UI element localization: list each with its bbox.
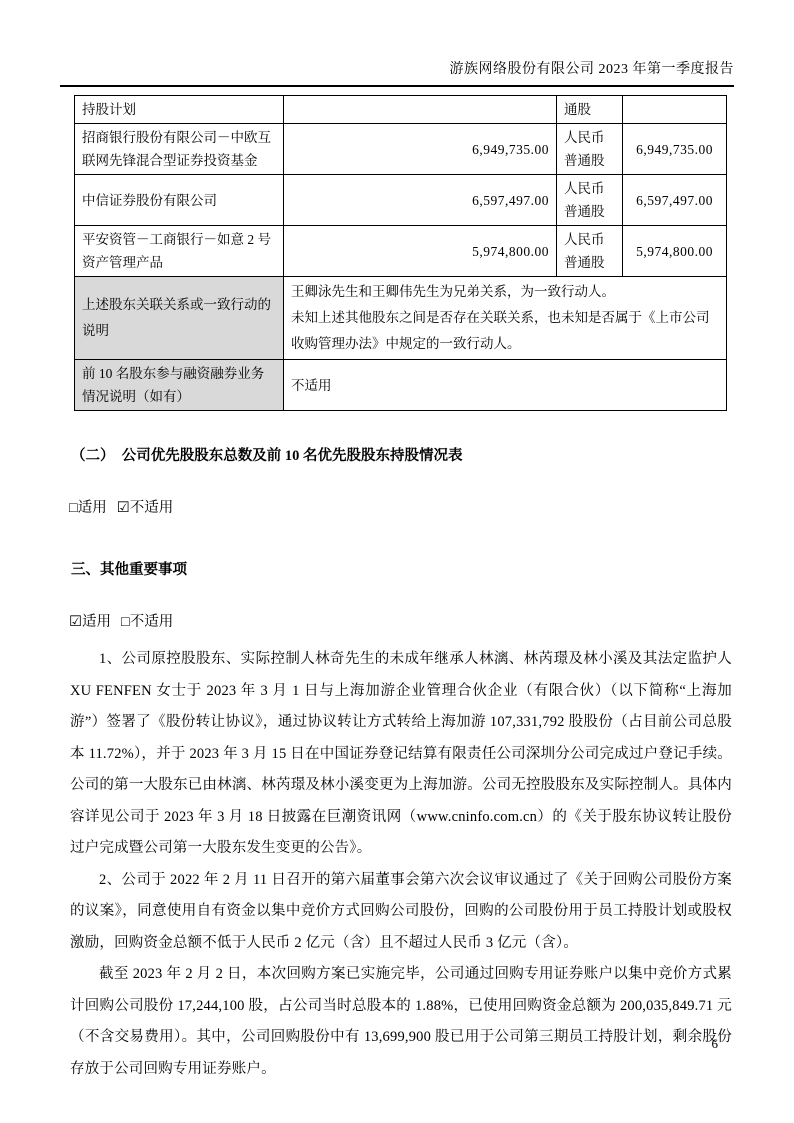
checkbox-not-applicable: ☑不适用 [117,500,174,516]
paragraph-share-transfer: 1、公司原控股股东、实际控制人林奇先生的未成年继承人林漓、林芮璟及林小溪及其法定… [70,644,732,865]
relation-note-label: 上述股东关联关系或一致行动的说明 [75,277,284,360]
amount-cell: 6,949,735.00 [623,124,727,175]
report-page: 游族网络股份有限公司 2023 年第一季度报告 持股计划 通股 招商银行股份有限… [0,0,794,1123]
table-row: 招商银行股份有限公司－中欧互联网先锋混合型证券投资基金 6,949,735.00… [75,124,727,175]
shareholder-name-cell: 平安资管－工商银行－如意 2 号资产管理产品 [75,226,284,277]
shares-cell [284,96,557,124]
shareholder-name-cell: 持股计划 [75,96,284,124]
paragraph-buyback-result: 截至 2023 年 2 月 2 日，本次回购方案已实施完毕，公司通过回购专用证券… [70,959,732,1085]
checkbox-applicable: □适用 [69,500,107,516]
preferred-shareholders-heading: （二） 公司优先股股东总数及前 10 名优先股股东持股情况表 [71,444,734,465]
shareholder-name-cell: 中信证券股份有限公司 [75,175,284,226]
table-row: 持股计划 通股 [75,96,727,124]
table-row: 中信证券股份有限公司 6,597,497.00 人民币普通股 6,597,497… [75,175,727,226]
share-type-cell: 人民币普通股 [557,226,623,277]
shares-cell: 6,597,497.00 [284,175,557,226]
share-type-cell: 通股 [557,96,623,124]
table-row-margin-trading: 前 10 名股东参与融资融券业务情况说明（如有） 不适用 [75,360,727,411]
page-number: 6 [712,1036,719,1052]
relation-note-line2: 未知上述其他股东之间是否存在关联关系，也未知是否属于《上市公司收购管理办法》中规… [291,305,719,357]
top-shareholders-table: 持股计划 通股 招商银行股份有限公司－中欧互联网先锋混合型证券投资基金 6,94… [74,95,727,411]
checkbox-not-applicable: □不适用 [121,614,173,630]
shareholder-name-cell: 招商银行股份有限公司－中欧互联网先锋混合型证券投资基金 [75,124,284,175]
table-row: 平安资管－工商银行－如意 2 号资产管理产品 5,974,800.00 人民币普… [75,226,727,277]
amount-cell [623,96,727,124]
amount-cell: 6,597,497.00 [623,175,727,226]
margin-trading-value: 不适用 [284,360,727,411]
other-matters-body: 1、公司原控股股东、实际控制人林奇先生的未成年继承人林漓、林芮璟及林小溪及其法定… [70,644,732,1085]
preferred-applicability-line: □适用☑不适用 [69,496,734,517]
shares-cell: 5,974,800.00 [284,226,557,277]
other-important-matters-heading: 三、其他重要事项 [71,558,734,579]
paragraph-buyback-plan: 2、公司于 2022 年 2 月 11 日召开的第六届董事会第六次会议审议通过了… [70,865,732,960]
relation-note-line1: 王卿泳先生和王卿伟先生为兄弟关系，为一致行动人。 [291,279,719,305]
checkbox-applicable: ☑适用 [69,614,111,630]
relation-note-content: 王卿泳先生和王卿伟先生为兄弟关系，为一致行动人。 未知上述其他股东之间是否存在关… [284,277,727,360]
report-header-title: 游族网络股份有限公司 2023 年第一季度报告 [60,58,734,87]
table-row-relation-note: 上述股东关联关系或一致行动的说明 王卿泳先生和王卿伟先生为兄弟关系，为一致行动人… [75,277,727,360]
amount-cell: 5,974,800.00 [623,226,727,277]
share-type-cell: 人民币普通股 [557,124,623,175]
other-applicability-line: ☑适用□不适用 [69,610,734,631]
shares-cell: 6,949,735.00 [284,124,557,175]
share-type-cell: 人民币普通股 [557,175,623,226]
margin-trading-label: 前 10 名股东参与融资融券业务情况说明（如有） [75,360,284,411]
